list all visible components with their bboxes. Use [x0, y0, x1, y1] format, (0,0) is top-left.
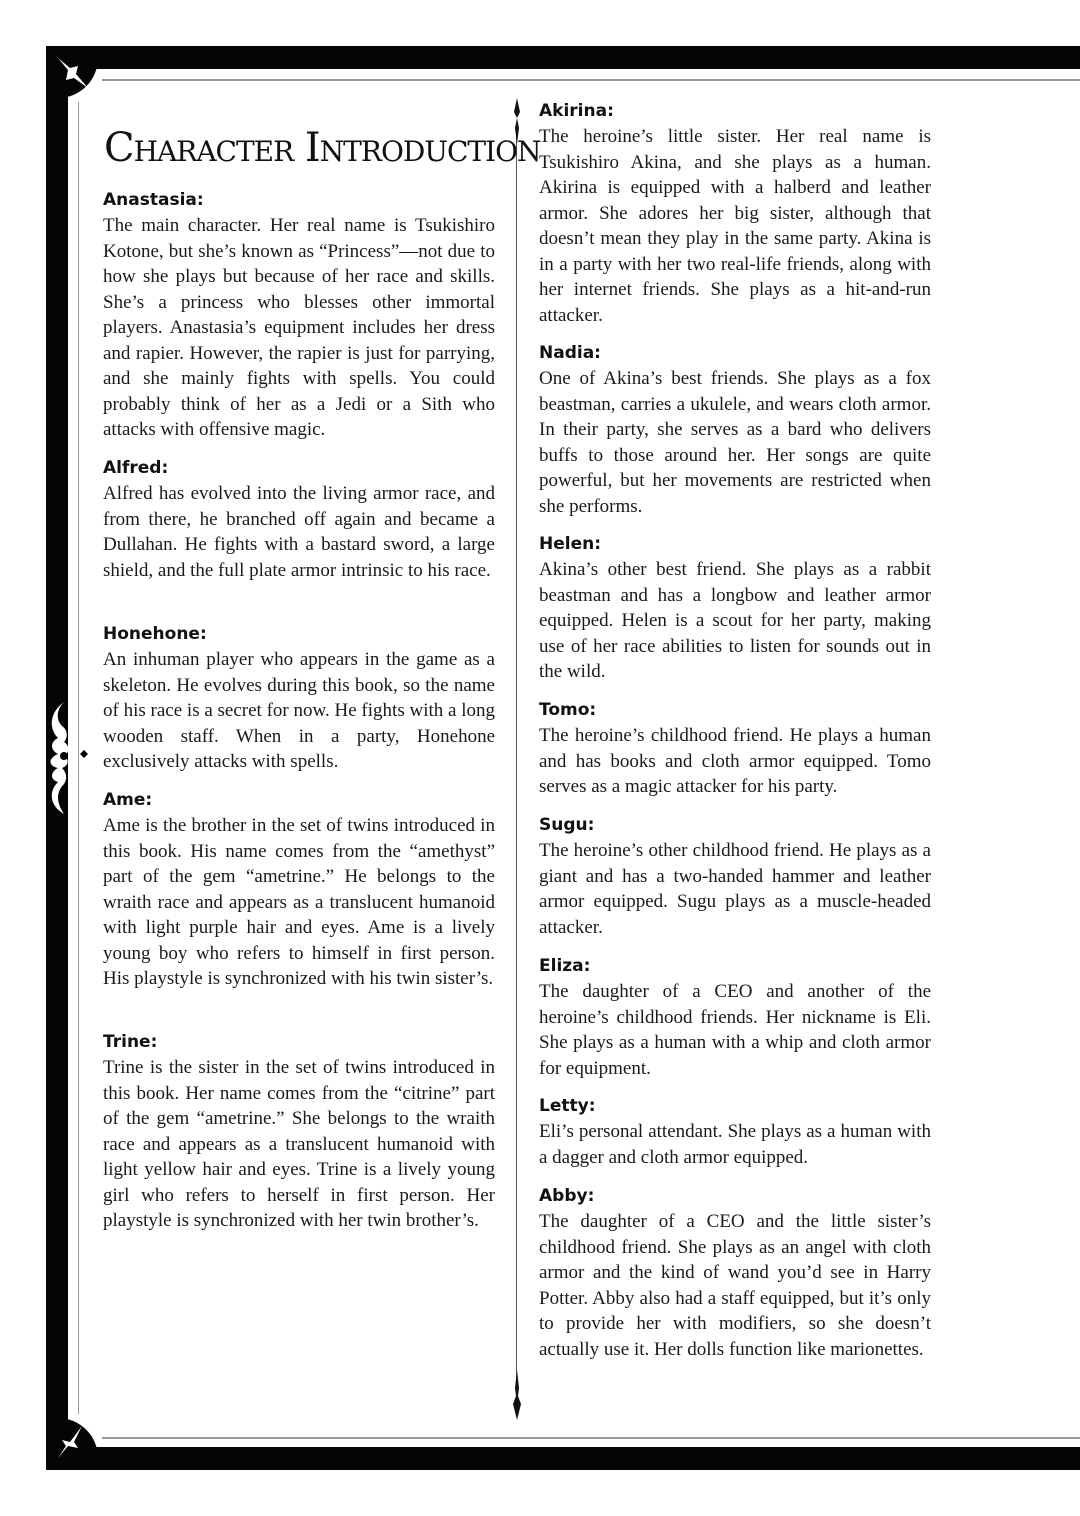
character-name: Helen:	[539, 533, 931, 557]
character-name: Anastasia:	[103, 189, 495, 213]
divider-finial-icon	[510, 1370, 524, 1420]
character-description: Alfred has evolved into the living armor…	[103, 481, 495, 583]
character-name: Nadia:	[539, 342, 931, 366]
character-entry: Letty: Eli’s personal attendant. She pla…	[539, 1095, 931, 1170]
character-description: Akina’s other best friend. She plays as …	[539, 557, 931, 685]
character-name: Eliza:	[539, 955, 931, 979]
character-entry: Nadia: One of Akina’s best friends. She …	[539, 342, 931, 519]
sparkle-ornament-icon	[56, 1424, 86, 1460]
page-title: Character Introduction	[104, 125, 541, 171]
character-description: An inhuman player who appears in the gam…	[103, 647, 495, 775]
character-description: The heroine’s little sister. Her real na…	[539, 124, 931, 328]
character-entry: Abby: The daughter of a CEO and the litt…	[539, 1185, 931, 1362]
character-entry: Trine: Trine is the sister in the set of…	[103, 1031, 495, 1234]
character-description: The daughter of a CEO and another of the…	[539, 979, 931, 1081]
character-name: Ame:	[103, 789, 495, 813]
character-entry: Tomo: The heroine’s childhood friend. He…	[539, 699, 931, 800]
character-name: Alfred:	[103, 457, 495, 481]
character-name: Akirina:	[539, 100, 931, 124]
character-description: The heroine’s other childhood friend. He…	[539, 838, 931, 940]
character-description: Trine is the sister in the set of twins …	[103, 1055, 495, 1234]
frame-bottom-bar	[46, 1447, 1080, 1470]
character-description: Ame is the brother in the set of twins i…	[103, 813, 495, 992]
character-entry: Sugu: The heroine’s other childhood frie…	[539, 814, 931, 940]
character-entry: Alfred: Alfred has evolved into the livi…	[103, 457, 495, 583]
character-description: The heroine’s childhood friend. He plays…	[539, 723, 931, 800]
character-entry: Akirina: The heroine’s little sister. He…	[539, 100, 931, 328]
inner-rule-top	[102, 79, 1080, 81]
character-description: The main character. Her real name is Tsu…	[103, 213, 495, 443]
character-entry: Eliza: The daughter of a CEO and another…	[539, 955, 931, 1081]
character-name: Tomo:	[539, 699, 931, 723]
character-entry: Ame: Ame is the brother in the set of tw…	[103, 789, 495, 992]
character-entry: Honehone: An inhuman player who appears …	[103, 623, 495, 775]
character-description: One of Akina’s best friends. She plays a…	[539, 366, 931, 519]
scroll-ornament-icon	[44, 698, 90, 818]
character-entry: Helen: Akina’s other best friend. She pl…	[539, 533, 931, 685]
character-name: Sugu:	[539, 814, 931, 838]
character-name: Abby:	[539, 1185, 931, 1209]
inner-rule-bottom	[102, 1437, 1080, 1439]
character-name: Letty:	[539, 1095, 931, 1119]
frame-top-bar	[46, 46, 1080, 69]
column-divider	[516, 130, 517, 1380]
character-name: Honehone:	[103, 623, 495, 647]
character-description: Eli’s personal attendant. She plays as a…	[539, 1119, 931, 1170]
sparkle-ornament-icon	[56, 56, 90, 90]
character-entry: Anastasia: The main character. Her real …	[103, 189, 495, 443]
character-description: The daughter of a CEO and the little sis…	[539, 1209, 931, 1362]
character-name: Trine:	[103, 1031, 495, 1055]
